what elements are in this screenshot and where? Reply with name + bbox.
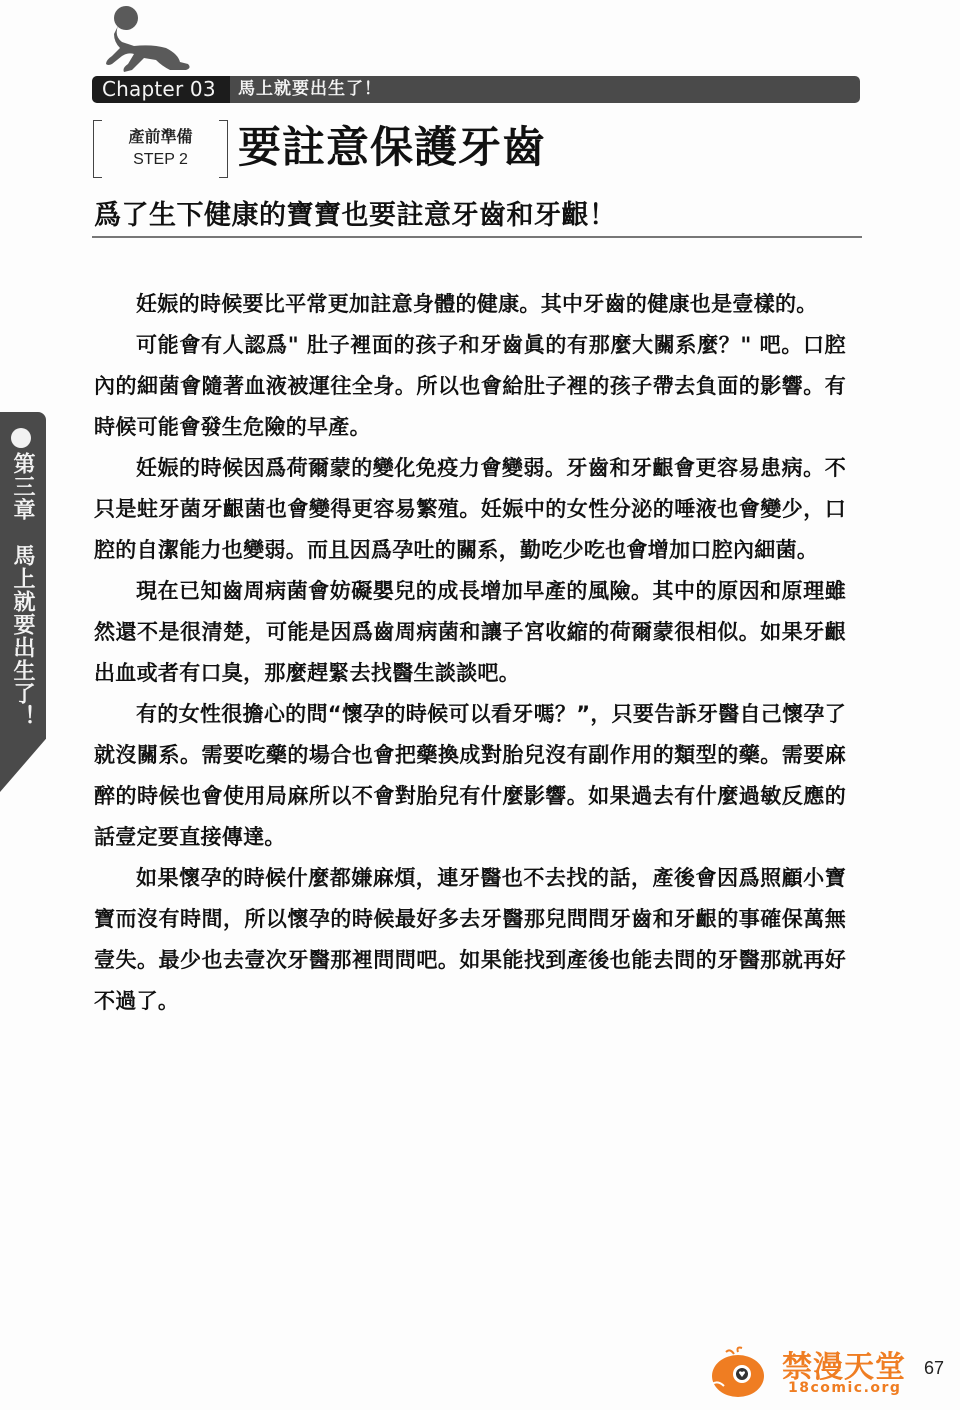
chapter-label: Chapter 03 xyxy=(92,76,230,103)
watermark: 禁漫天堂 18comic.org xyxy=(700,1334,920,1404)
bullet-dot-icon xyxy=(11,428,31,448)
step-number: STEP 2 xyxy=(93,151,228,169)
side-tab-text: 第三章 馬上就要出生了！ xyxy=(8,452,36,728)
chapter-header-bar: Chapter 03 馬上就要出生了！ xyxy=(92,76,860,103)
paragraph: 現在已知齒周病菌會妨礙嬰兒的成長增加早產的風險。其中的原因和原理雖然還不是很清楚… xyxy=(94,571,846,694)
crawling-baby-icon xyxy=(104,4,194,74)
paragraph: 有的女性很擔心的問“懷孕的時候可以看牙嗎？”，只要告訴牙醫自己懷孕了就沒關系。需… xyxy=(94,694,846,858)
section-title: 要註意保護牙齒 xyxy=(238,118,546,178)
chapter-title: 馬上就要出生了！ xyxy=(238,76,382,103)
mascot-icon xyxy=(708,1346,766,1398)
step-category: 產前準備 xyxy=(93,124,228,147)
page-number: 67 xyxy=(924,1358,944,1379)
paragraph: 妊娠的時候要比平常更加註意身體的健康。其中牙齒的健康也是壹樣的。 xyxy=(94,284,846,325)
paragraph: 可能會有人認爲" 肚子裡面的孩子和牙齒眞的有那麼大關系麼？" 吧。口腔內的細菌會… xyxy=(94,325,846,448)
paragraph: 如果懷孕的時候什麼都嫌麻煩，連牙醫也不去找的話，產後會因爲照顧小寶寶而沒有時間，… xyxy=(94,858,846,1022)
body-text: 妊娠的時候要比平常更加註意身體的健康。其中牙齒的健康也是壹樣的。 可能會有人認爲… xyxy=(94,284,846,1022)
chapter-side-tab: 第三章 馬上就要出生了！ xyxy=(0,412,46,792)
step-box: 產前準備 STEP 2 xyxy=(93,120,228,178)
right-bracket xyxy=(219,120,228,178)
section-subtitle: 爲了生下健康的寶寶也要註意牙齒和牙齦！ xyxy=(94,196,617,236)
subtitle-divider xyxy=(92,236,862,238)
paragraph: 妊娠的時候因爲荷爾蒙的變化免疫力會變弱。牙齒和牙齦會更容易患病。不只是蛀牙菌牙齦… xyxy=(94,448,846,571)
watermark-url: 18comic.org xyxy=(788,1380,901,1396)
